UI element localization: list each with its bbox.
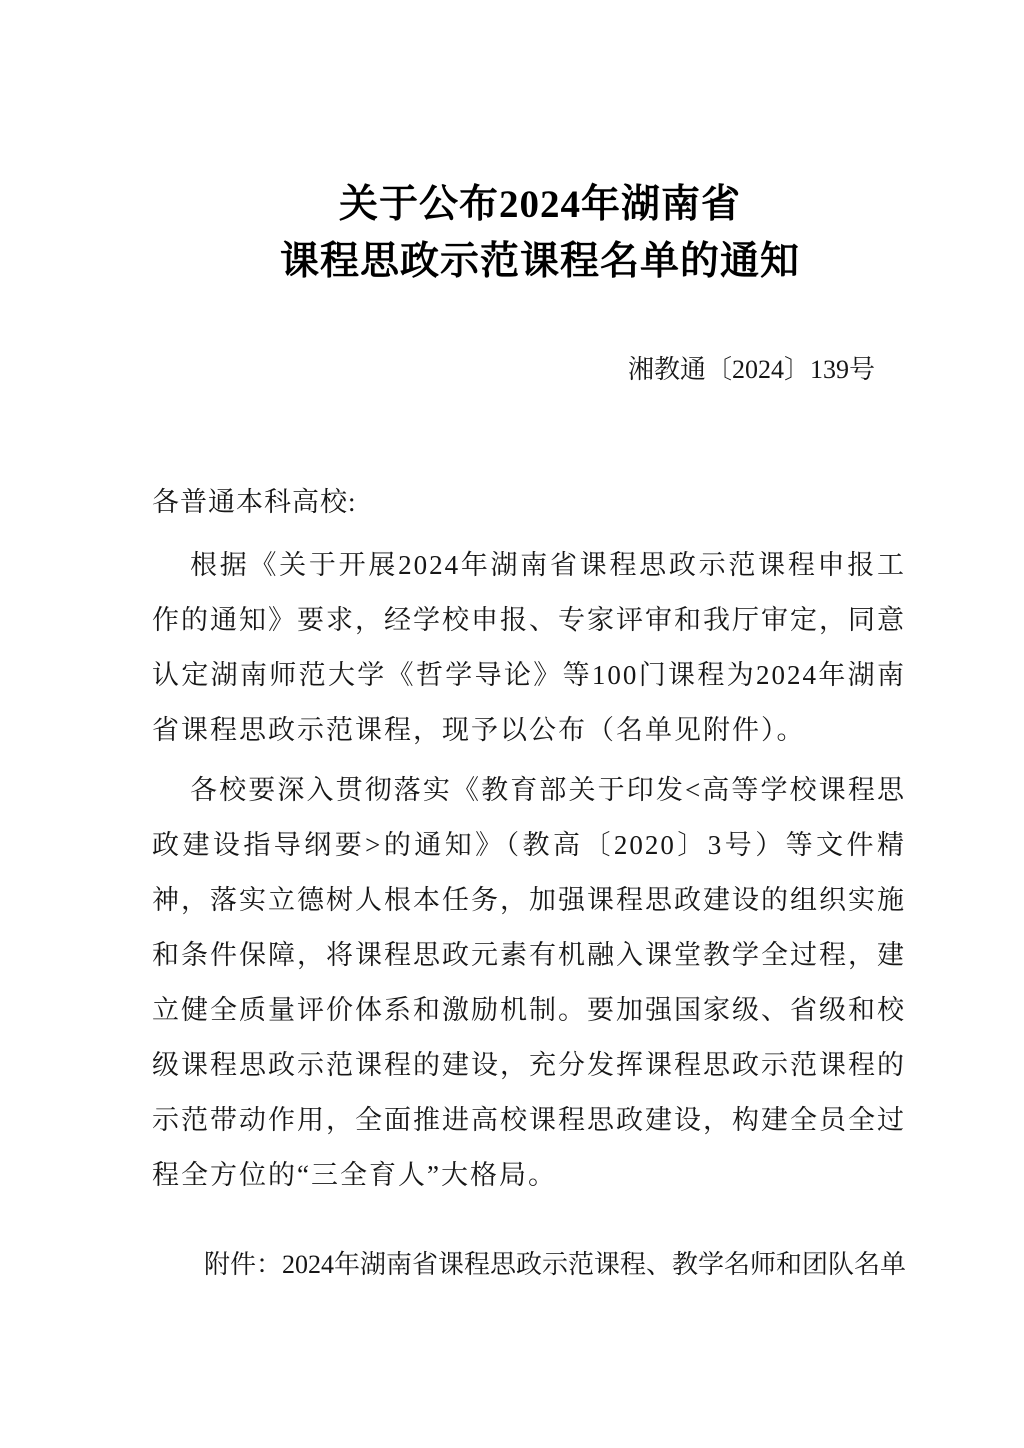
title-line-1: 关于公布2024年湖南省	[56, 176, 1024, 233]
document-title: 关于公布2024年湖南省 课程思政示范课程名单的通知	[0, 176, 1024, 290]
document-number: 湘教通〔2024〕139号	[0, 350, 1024, 390]
body-paragraph-2: 各校要深入贯彻落实《教育部关于印发<高等学校课程思政建设指导纲要>的通知》（教高…	[152, 763, 906, 1203]
body-paragraph-1: 根据《关于开展2024年湖南省课程思政示范课程申报工作的通知》要求，经学校申报、…	[152, 538, 906, 758]
attachment-note: 附件：2024年湖南省课程思政示范课程、教学名师和团队名单	[204, 1237, 910, 1292]
attachment-label: 附件：	[204, 1250, 282, 1279]
document-body: 各普通本科高校: 根据《关于开展2024年湖南省课程思政示范课程申报工作的通知》…	[152, 475, 906, 1292]
salutation: 各普通本科高校:	[152, 475, 906, 530]
attachment-text: 2024年湖南省课程思政示范课程、教学名师和团队名单	[282, 1250, 906, 1279]
title-line-2: 课程思政示范课程名单的通知	[56, 233, 1024, 290]
document-page: 关于公布2024年湖南省 课程思政示范课程名单的通知 湘教通〔2024〕139号…	[0, 0, 1024, 1448]
